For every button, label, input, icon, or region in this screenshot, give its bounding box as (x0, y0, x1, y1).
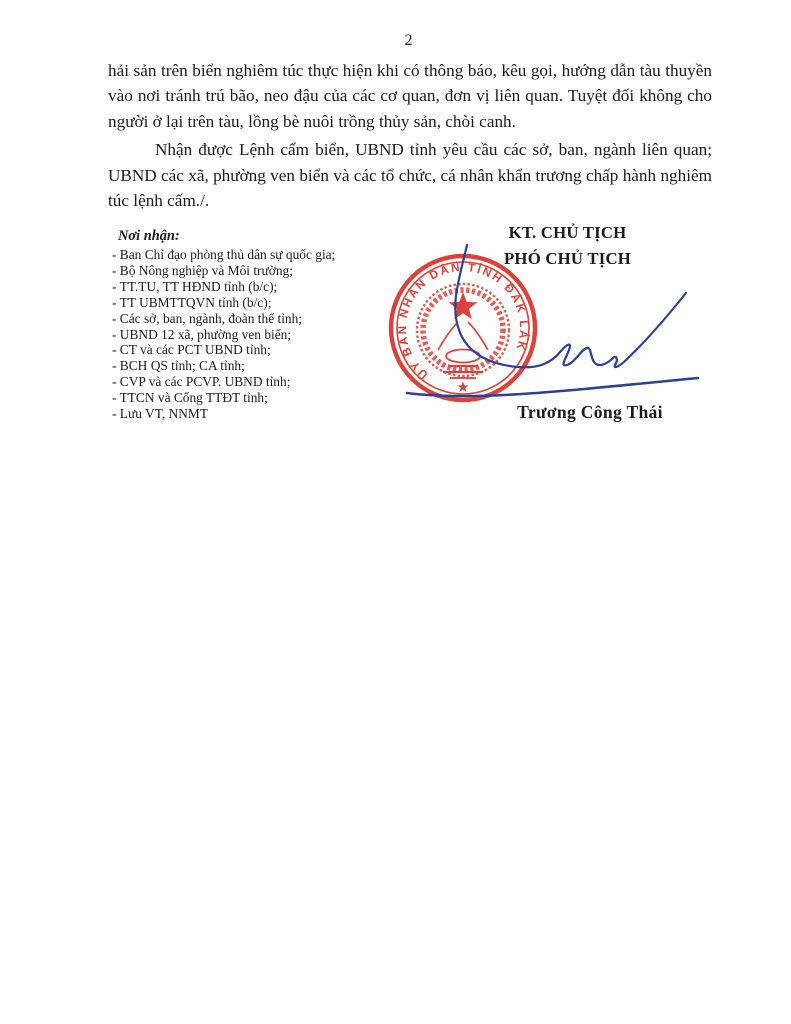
recipient-item: - Ban Chỉ đạo phòng thủ dân sự quốc gia; (112, 247, 422, 263)
recipients-list: - Ban Chỉ đạo phòng thủ dân sự quốc gia;… (112, 247, 422, 422)
seal-bottom-star-icon: ★ (456, 380, 469, 396)
recipient-item: - TT UBMTTQVN tỉnh (b/c); (112, 295, 422, 311)
document-body: hải sản trên biển nghiêm túc thực hiện k… (108, 58, 712, 213)
signer-name: Trương Công Thái (450, 402, 730, 423)
recipients-block: Nơi nhận: - Ban Chỉ đạo phòng thủ dân sự… (112, 228, 422, 422)
recipients-heading: Nơi nhận: (112, 228, 422, 245)
recipient-item: - Bộ Nông nghiệp và Môi trường; (112, 263, 422, 279)
recipient-item: - Lưu VT, NNMT (112, 406, 422, 422)
recipient-item: - CT và các PCT UBND tỉnh; (112, 342, 422, 358)
page-number: 2 (0, 32, 791, 50)
recipient-item: - TTCN và Cổng TTĐT tỉnh; (112, 390, 422, 406)
recipient-item: - Các sở, ban, ngành, đoàn thể tỉnh; (112, 311, 422, 327)
body-paragraph-2: Nhận được Lệnh cấm biển, UBND tỉnh yêu c… (108, 137, 712, 213)
signer-title-line1: KT. CHỦ TỊCH (425, 220, 710, 246)
document-page: 2 hải sản trên biển nghiêm túc thực hiện… (0, 0, 791, 1024)
recipient-item: - BCH QS tỉnh; CA tỉnh; (112, 358, 422, 374)
signer-title-line2: PHÓ CHỦ TỊCH (425, 246, 710, 272)
recipient-item: - UBND 12 xã, phường ven biển; (112, 327, 422, 343)
emblem-star-icon (449, 292, 478, 319)
recipient-item: - CVP và các PCVP. UBND tỉnh; (112, 374, 422, 390)
signature-title-block: KT. CHỦ TỊCH PHÓ CHỦ TỊCH (425, 220, 710, 272)
national-emblem-icon (417, 284, 509, 378)
recipient-item: - TT.TU, TT HĐND tỉnh (b/c); (112, 279, 422, 295)
body-paragraph-1: hải sản trên biển nghiêm túc thực hiện k… (108, 58, 712, 134)
